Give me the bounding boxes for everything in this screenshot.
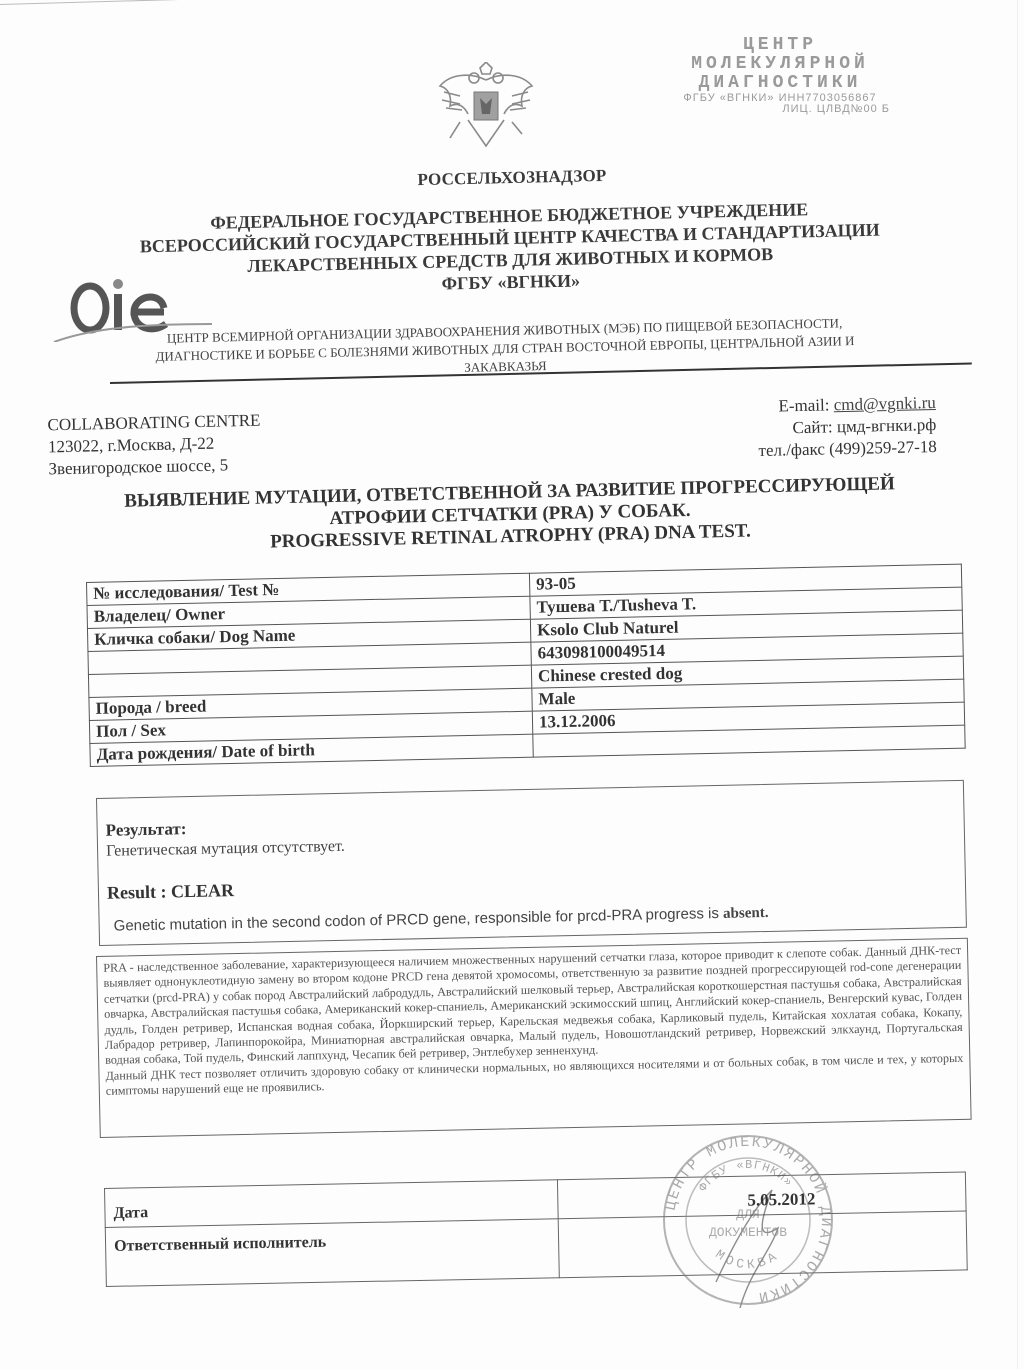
email-link[interactable]: cmd@vgnki.ru <box>833 393 935 414</box>
contact-block: E-mail: cmd@vgnki.ru Сайт: цмд-вгнки.рф … <box>757 392 937 462</box>
seal-center-2: ДОКУМЕНТОВ <box>709 1225 787 1240</box>
scanned-document-page: ЦЕНТР МОЛЕКУЛЯРНОЙ ДИАГНОСТИКИ ФГБУ «ВГН… <box>0 0 1024 1369</box>
document-title: ВЫЯВЛЕНИЕ МУТАЦИИ, ОТВЕТСТВЕННОЙ ЗА РАЗВ… <box>69 472 950 558</box>
result-box: Результат: Генетическая мутация отсутств… <box>96 780 967 946</box>
result-note-bold: absent. <box>723 905 769 922</box>
russian-coat-of-arms-icon <box>430 62 542 154</box>
scan-right-edge <box>1017 0 1018 1369</box>
scan-edge-line <box>0 0 360 5</box>
stamp-line-3: ДИАГНОСТИКИ <box>660 74 900 93</box>
test-info-table: № исследования/ Test №93-05Владелец/ Own… <box>86 564 966 767</box>
email-label: E-mail: <box>778 395 834 415</box>
corner-stamp: ЦЕНТР МОЛЕКУЛЯРНОЙ ДИАГНОСТИКИ ФГБУ «ВГН… <box>660 36 900 116</box>
result-note-text: Genetic mutation in the second codon of … <box>114 905 724 935</box>
address-block: COLLABORATING CENTRE 123022, г.Москва, Д… <box>47 410 261 481</box>
stamp-line-1: ЦЕНТР <box>660 36 900 55</box>
address-street: Звенигородское шоссе, 5 <box>48 454 261 481</box>
result-note-en: Genetic mutation in the second codon of … <box>114 900 958 936</box>
agency-name: РОССЕЛЬХОЗНАДЗОР <box>0 156 1024 199</box>
round-seal-icon: ЦЕНТР МОЛЕКУЛЯРНОЙ ДИАГНОСТИКИ ФГБУ «ВГН… <box>660 1132 836 1308</box>
pra-description-paragraph-1: PRA - наследственное заболевание, характ… <box>103 943 963 1069</box>
stamp-line-5: ЛИЦ. ЦЛВД№00 Б <box>660 104 900 116</box>
result-heading-en: Result : CLEAR <box>107 865 957 904</box>
executor-label: Ответственный исполнитель <box>105 1219 559 1287</box>
pra-description-box: PRA - наследственное заболевание, характ… <box>96 938 972 1138</box>
seal-inner-text: ФГБУ «ВГНКИ» <box>696 1158 796 1195</box>
stamp-line-2: МОЛЕКУЛЯРНОЙ <box>660 55 900 74</box>
signature-table: Дата 5.05.2012 Ответственный исполнитель <box>104 1171 968 1287</box>
svg-text:ФГБУ «ВГНКИ»: ФГБУ «ВГНКИ» <box>696 1158 796 1195</box>
phone: тел./факс (499)259-27-18 <box>758 436 937 462</box>
